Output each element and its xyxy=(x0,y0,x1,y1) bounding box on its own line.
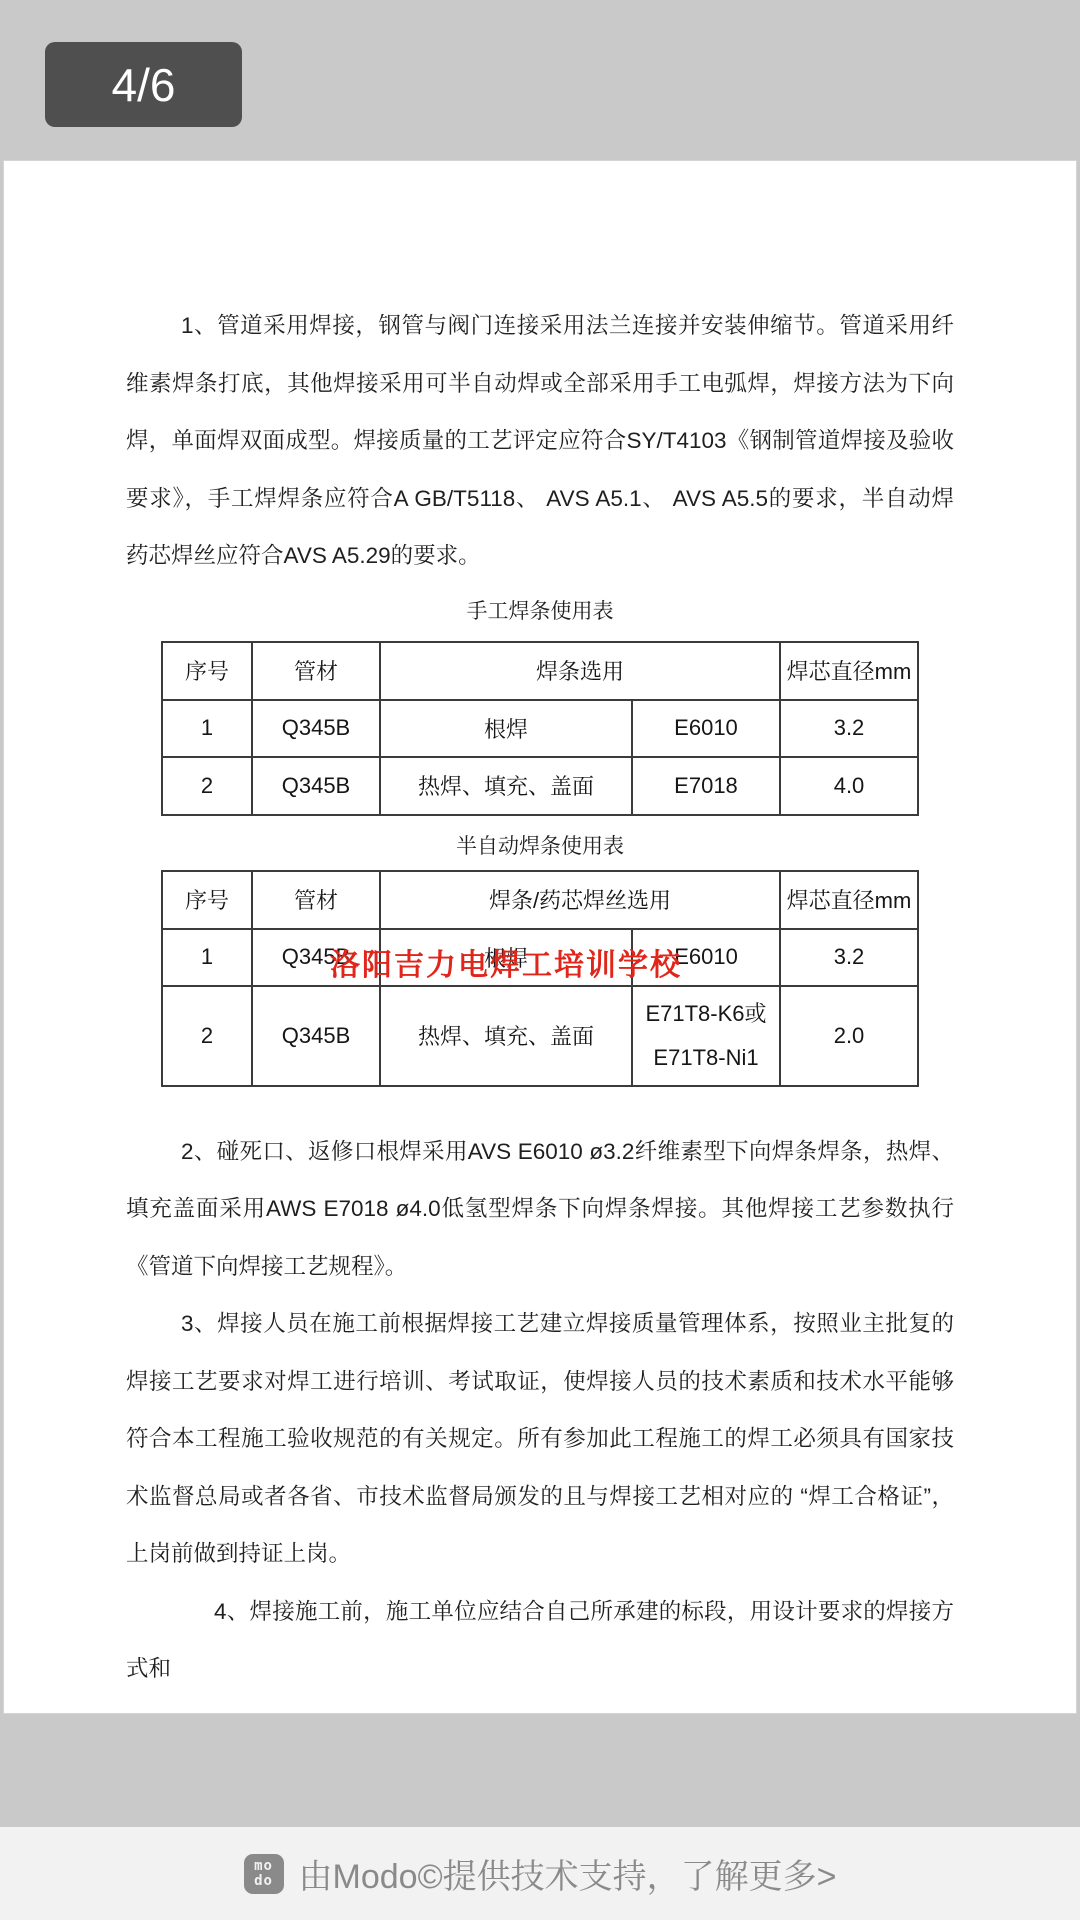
table-header-cell: 焊芯直径mm xyxy=(780,871,918,929)
semiauto-table-wrapper: 序号 管材 焊条/药芯焊丝选用 焊芯直径mm 1 Q345B 根焊 E6010 … xyxy=(126,870,954,1087)
modo-logo-top: mo xyxy=(254,1859,273,1874)
table-row: 1 Q345B 根焊 E6010 3.2 xyxy=(162,929,918,986)
table-caption-manual: 手工焊条使用表 xyxy=(126,595,954,629)
table-header-cell: 焊条选用 xyxy=(380,642,780,700)
table-caption-semiauto: 半自动焊条使用表 xyxy=(126,830,954,864)
table-cell: 2 xyxy=(162,757,252,815)
table-cell: E6010 xyxy=(632,929,780,986)
bottom-gap xyxy=(0,1714,1080,1827)
table-cell: 2.0 xyxy=(780,986,918,1086)
table-header-cell: 序号 xyxy=(162,642,252,700)
table-cell: Q345B xyxy=(252,757,380,815)
paragraph-pre-construction: 4、焊接施工前，施工单位应结合自己所承建的标段，用设计要求的焊接方式和 xyxy=(126,1583,954,1698)
table-cell: 热焊、填充、盖面 xyxy=(380,986,632,1086)
table-cell: 4.0 xyxy=(780,757,918,815)
top-bar: 4/6 xyxy=(0,0,1080,160)
table-cell: Q345B xyxy=(252,929,380,986)
table-cell: E7018 xyxy=(632,757,780,815)
table-header-cell: 序号 xyxy=(162,871,252,929)
footer-bar: mo do 由Modo©提供技术支持，了解更多> xyxy=(0,1827,1080,1920)
modo-logo-icon: mo do xyxy=(244,1854,284,1894)
table-cell: 根焊 xyxy=(380,929,632,986)
table-header-row: 序号 管材 焊条/药芯焊丝选用 焊芯直径mm xyxy=(162,871,918,929)
table-header-row: 序号 管材 焊条选用 焊芯直径mm xyxy=(162,642,918,700)
table-header-cell: 焊芯直径mm xyxy=(780,642,918,700)
manual-electrode-table: 序号 管材 焊条选用 焊芯直径mm 1 Q345B 根焊 E6010 3.2 2… xyxy=(161,641,919,816)
table-header-cell: 管材 xyxy=(252,871,380,929)
table-cell: 3.2 xyxy=(780,929,918,986)
paragraph-welding-method: 1、管道采用焊接，钢管与阀门连接采用法兰连接并安装伸缩节。管道采用纤维素焊条打底… xyxy=(126,297,954,585)
table-cell: E6010 xyxy=(632,700,780,757)
table-cell: 2 xyxy=(162,986,252,1086)
table-cell: Q345B xyxy=(252,986,380,1086)
document-page: 1、管道采用焊接，钢管与阀门连接采用法兰连接并安装伸缩节。管道采用纤维素焊条打底… xyxy=(3,160,1077,1714)
table-cell: 1 xyxy=(162,929,252,986)
table-cell: 根焊 xyxy=(380,700,632,757)
table-header-cell: 管材 xyxy=(252,642,380,700)
document-viewer: 4/6 1、管道采用焊接，钢管与阀门连接采用法兰连接并安装伸缩节。管道采用纤维素… xyxy=(0,0,1080,1920)
semiauto-electrode-table: 序号 管材 焊条/药芯焊丝选用 焊芯直径mm 1 Q345B 根焊 E6010 … xyxy=(161,870,919,1087)
table-cell: Q345B xyxy=(252,700,380,757)
table-cell: 3.2 xyxy=(780,700,918,757)
table-row: 2 Q345B 热焊、填充、盖面 E71T8-K6或 E71T8-Ni1 2.0 xyxy=(162,986,918,1086)
table-row: 1 Q345B 根焊 E6010 3.2 xyxy=(162,700,918,757)
paragraph-welder-qualification: 3、焊接人员在施工前根据焊接工艺建立焊接质量管理体系，按照业主批复的焊接工艺要求… xyxy=(126,1295,954,1583)
page-indicator-badge: 4/6 xyxy=(45,42,242,127)
table-cell: 1 xyxy=(162,700,252,757)
table-header-cell: 焊条/药芯焊丝选用 xyxy=(380,871,780,929)
table-cell: E71T8-K6或 E71T8-Ni1 xyxy=(632,986,780,1086)
page-indicator-label: 4/6 xyxy=(112,58,176,112)
table-cell: 热焊、填充、盖面 xyxy=(380,757,632,815)
table-row: 2 Q345B 热焊、填充、盖面 E7018 4.0 xyxy=(162,757,918,815)
paragraph-repair-welds: 2、碰死口、返修口根焊采用AVS E6010 ø3.2纤维素型下向焊条焊条，热焊… xyxy=(126,1123,954,1296)
modo-logo-bottom: do xyxy=(254,1874,273,1889)
tech-support-link[interactable]: 由Modo©提供技术支持，了解更多> xyxy=(299,1849,837,1898)
